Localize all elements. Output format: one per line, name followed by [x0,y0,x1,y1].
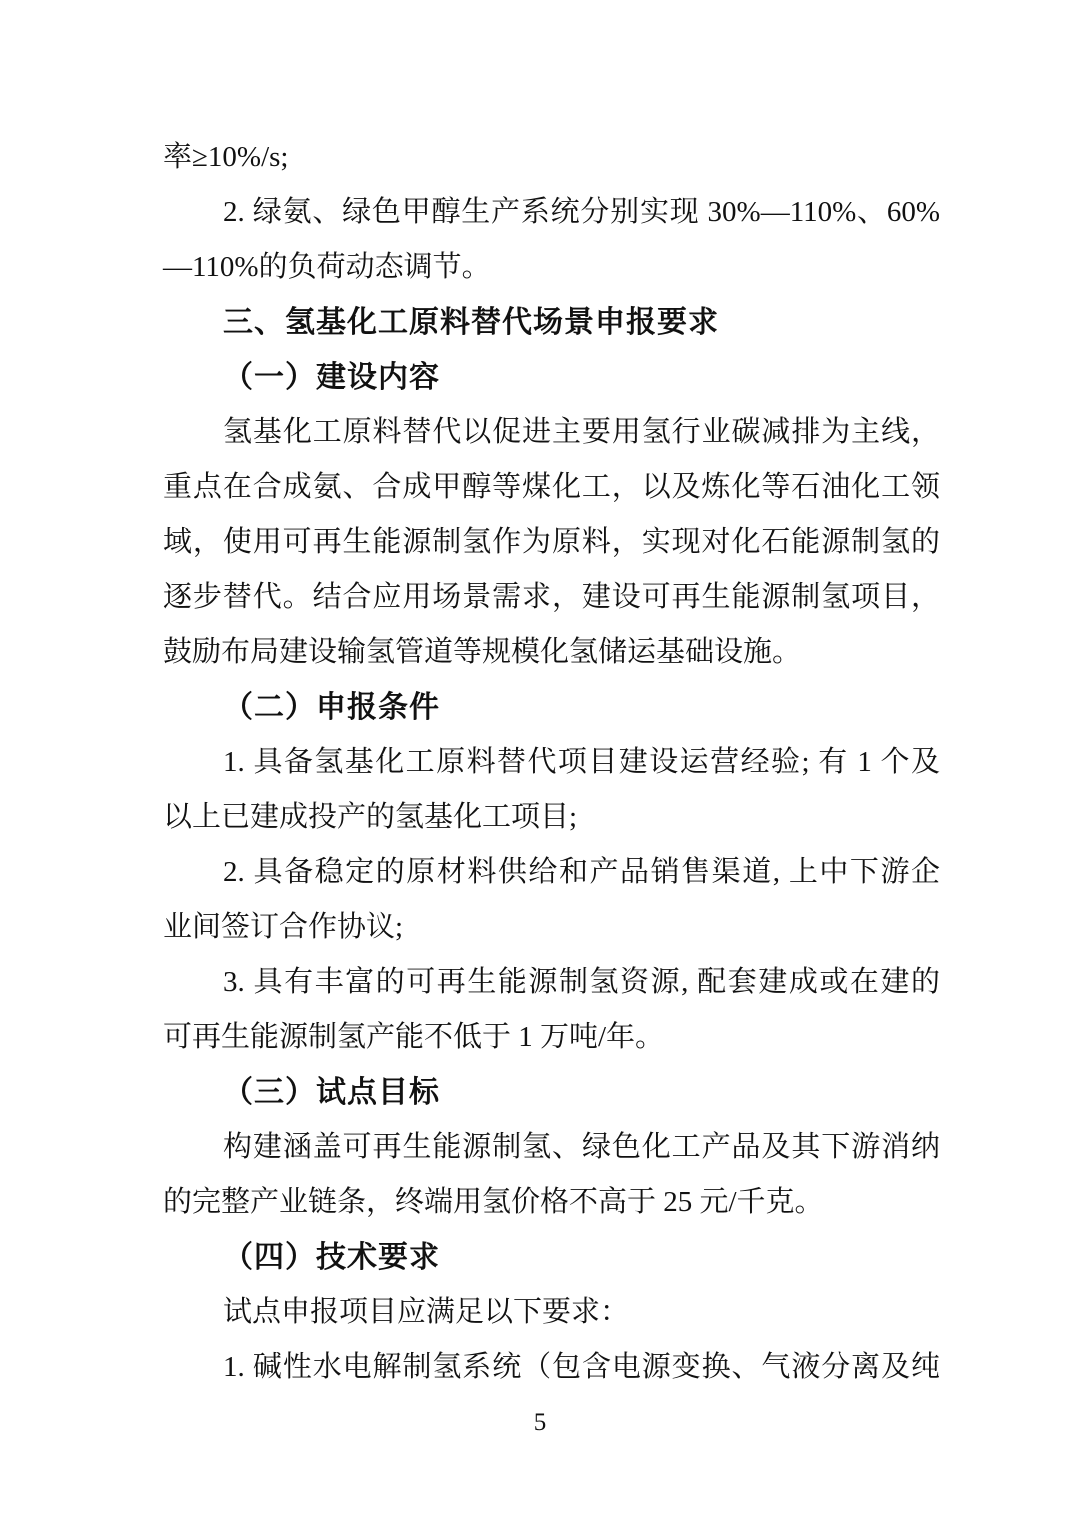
text-line: 构建涵盖可再生能源制氢、绿色化工产品及其下游消纳 [163,1120,940,1175]
document-body: 率≥10%/s;2. 绿氨、绿色甲醇生产系统分别实现 30%—110%、60%—… [163,130,940,1395]
text-line: 2. 绿氨、绿色甲醇生产系统分别实现 30%—110%、60% [163,185,940,240]
subsection-heading: （四）技术要求 [163,1230,940,1285]
text-line: 1. 碱性水电解制氢系统（包含电源变换、气液分离及纯 [163,1340,940,1395]
text-line: 逐步替代。结合应用场景需求，建设可再生能源制氢项目， [163,570,940,625]
text-line: 氢基化工原料替代以促进主要用氢行业碳减排为主线， [163,405,940,460]
document-page: 率≥10%/s;2. 绿氨、绿色甲醇生产系统分别实现 30%—110%、60%—… [0,0,1080,1527]
text-line: 率≥10%/s; [163,130,940,185]
text-line: 的完整产业链条，终端用氢价格不高于 25 元/千克。 [163,1175,940,1230]
text-line: 2. 具备稳定的原材料供给和产品销售渠道, 上中下游企 [163,845,940,900]
text-line: 鼓励布局建设输氢管道等规模化氢储运基础设施。 [163,625,940,680]
section-heading: 三、氢基化工原料替代场景申报要求 [163,295,940,350]
text-line: —110%的负荷动态调节。 [163,240,940,295]
text-line: 1. 具备氢基化工原料替代项目建设运营经验; 有 1 个及 [163,735,940,790]
subsection-heading: （一）建设内容 [163,350,940,405]
text-line: 域，使用可再生能源制氢作为原料，实现对化石能源制氢的 [163,515,940,570]
subsection-heading: （二）申报条件 [163,680,940,735]
text-line: 以上已建成投产的氢基化工项目; [163,790,940,845]
page-number: 5 [0,1403,1080,1443]
text-line: 可再生能源制氢产能不低于 1 万吨/年。 [163,1010,940,1065]
text-line: 重点在合成氨、合成甲醇等煤化工，以及炼化等石油化工领 [163,460,940,515]
subsection-heading: （三）试点目标 [163,1065,940,1120]
text-line: 3. 具有丰富的可再生能源制氢资源, 配套建成或在建的 [163,955,940,1010]
text-line: 业间签订合作协议; [163,900,940,955]
text-line: 试点申报项目应满足以下要求： [163,1285,940,1340]
